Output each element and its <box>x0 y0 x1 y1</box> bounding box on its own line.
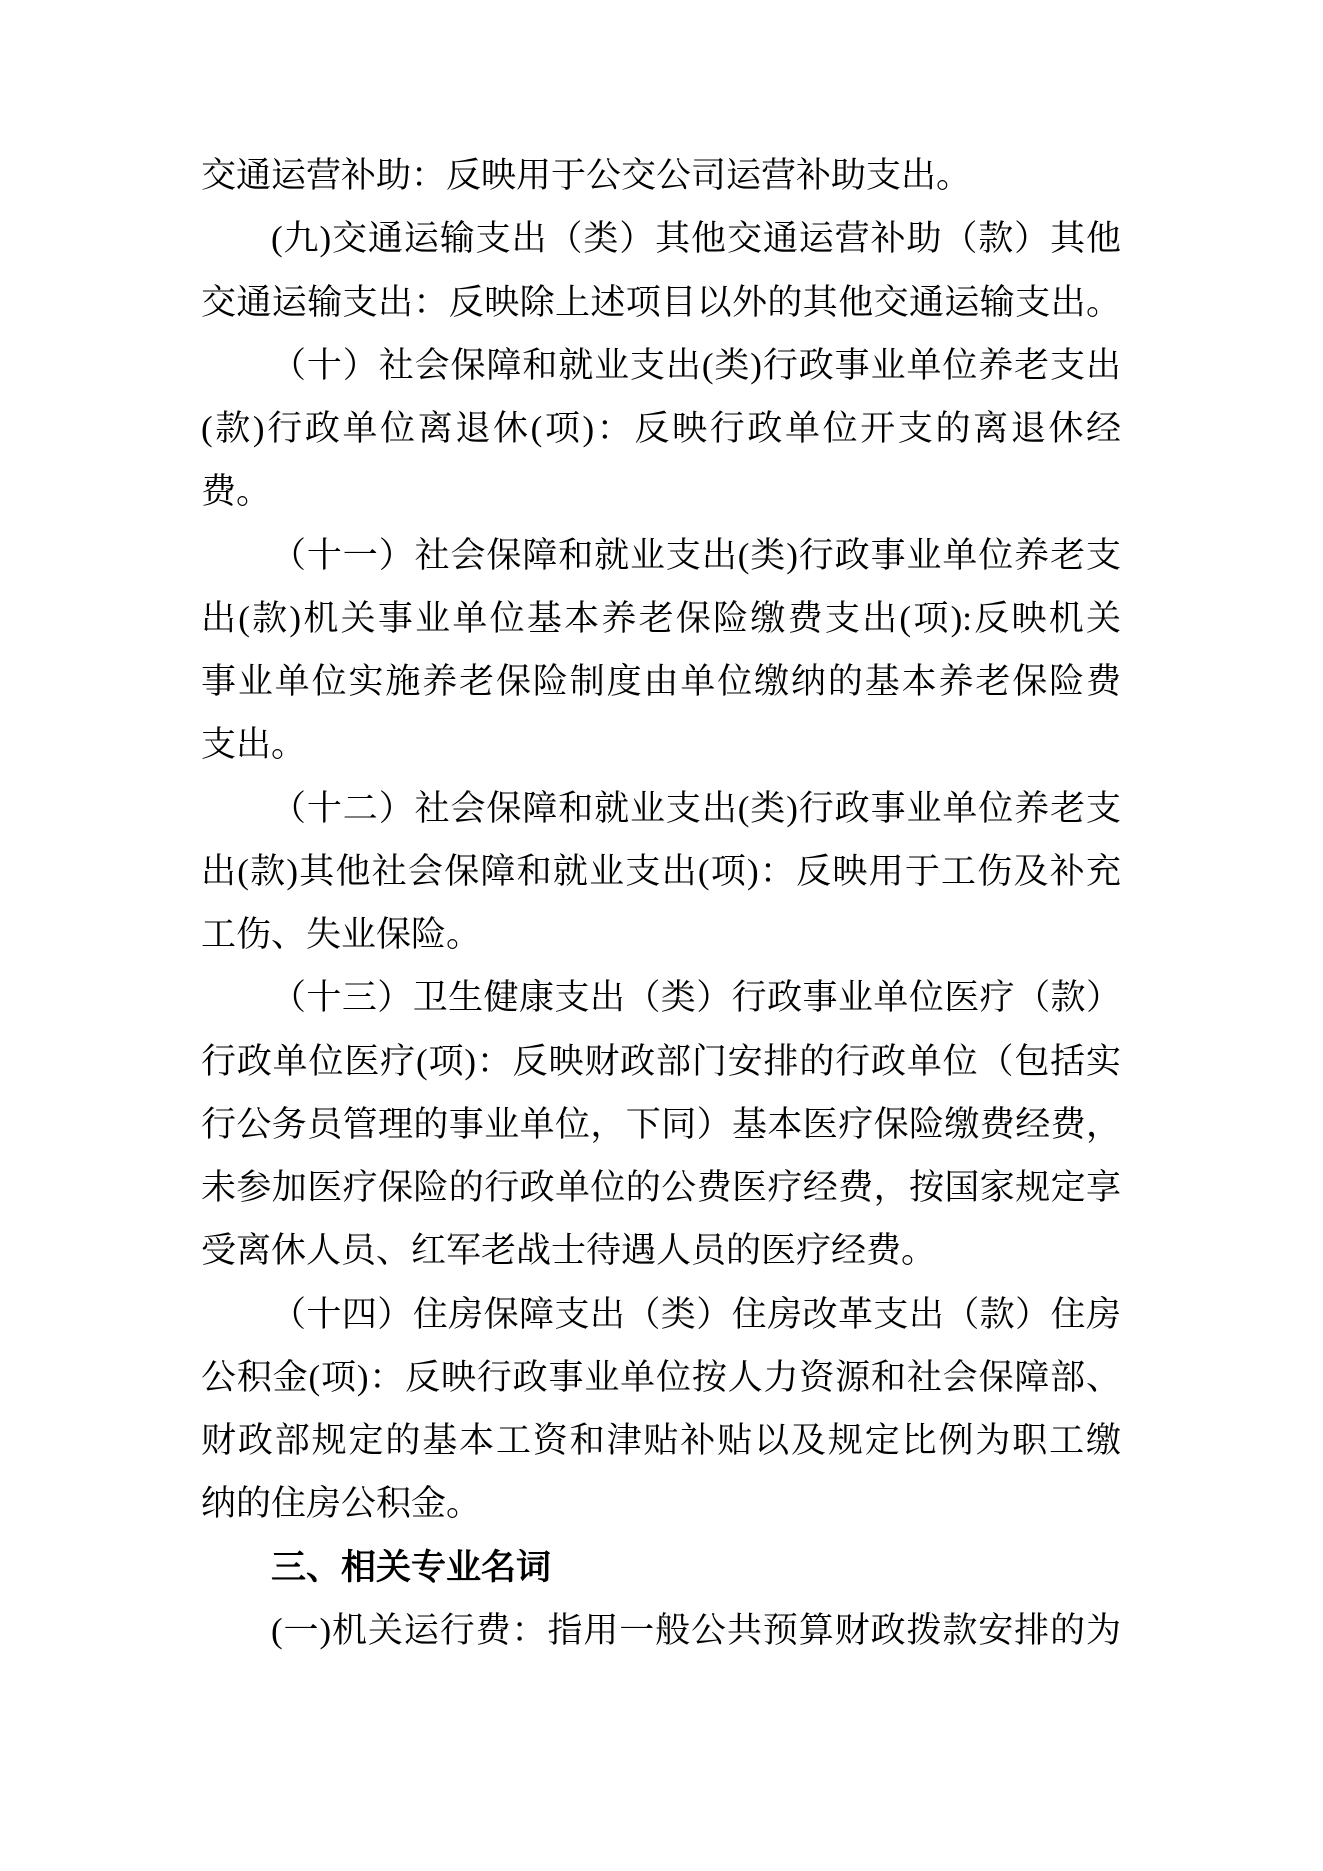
document-page: 交通运营补助：反映用于公交公司运营补助支出。(九)交通运输支出（类）其他交通运营… <box>0 0 1323 1871</box>
text-line: 出(款)其他社会保障和就业支出(项)：反映用于工伤及补充 <box>201 840 1121 903</box>
text-line: （十四）住房保障支出（类）住房改革支出（款）住房 <box>201 1283 1121 1346</box>
document-body: 交通运营补助：反映用于公交公司运营补助支出。(九)交通运输支出（类）其他交通运营… <box>201 144 1121 1662</box>
text-line: （十）社会保障和就业支出(类)行政事业单位养老支出 <box>201 334 1121 397</box>
text-line: 事业单位实施养老保险制度由单位缴纳的基本养老保险费 <box>201 650 1121 713</box>
text-line: 行政单位医疗(项)：反映财政部门安排的行政单位（包括实 <box>201 1030 1121 1093</box>
text-line: 支出。 <box>201 713 1121 776</box>
text-line: 交通运输支出：反映除上述项目以外的其他交通运输支出。 <box>201 271 1121 334</box>
text-line: (款)行政单位离退休(项)：反映行政单位开支的离退休经 <box>201 397 1121 460</box>
text-line: 费。 <box>201 460 1121 523</box>
text-line: 出(款)机关事业单位基本养老保险缴费支出(项):反映机关 <box>201 587 1121 650</box>
text-line: (九)交通运输支出（类）其他交通运营补助（款）其他 <box>201 207 1121 270</box>
text-line: 交通运营补助：反映用于公交公司运营补助支出。 <box>201 144 1121 207</box>
text-line: 未参加医疗保险的行政单位的公费医疗经费，按国家规定享 <box>201 1156 1121 1219</box>
text-line: （十一）社会保障和就业支出(类)行政事业单位养老支 <box>201 524 1121 587</box>
text-line: 财政部规定的基本工资和津贴补贴以及规定比例为职工缴 <box>201 1409 1121 1472</box>
text-line: 工伤、失业保险。 <box>201 903 1121 966</box>
text-line: 公积金(项)：反映行政事业单位按人力资源和社会保障部、 <box>201 1346 1121 1409</box>
text-line: 受离休人员、红军老战士待遇人员的医疗经费。 <box>201 1219 1121 1282</box>
section-heading: 三、相关专业名词 <box>201 1536 1121 1599</box>
text-line: （十三）卫生健康支出（类）行政事业单位医疗（款） <box>201 966 1121 1029</box>
text-line: 纳的住房公积金。 <box>201 1472 1121 1535</box>
text-line: （十二）社会保障和就业支出(类)行政事业单位养老支 <box>201 777 1121 840</box>
text-line: (一)机关运行费：指用一般公共预算财政拨款安排的为 <box>201 1599 1121 1662</box>
text-line: 行公务员管理的事业单位，下同）基本医疗保险缴费经费， <box>201 1093 1121 1156</box>
